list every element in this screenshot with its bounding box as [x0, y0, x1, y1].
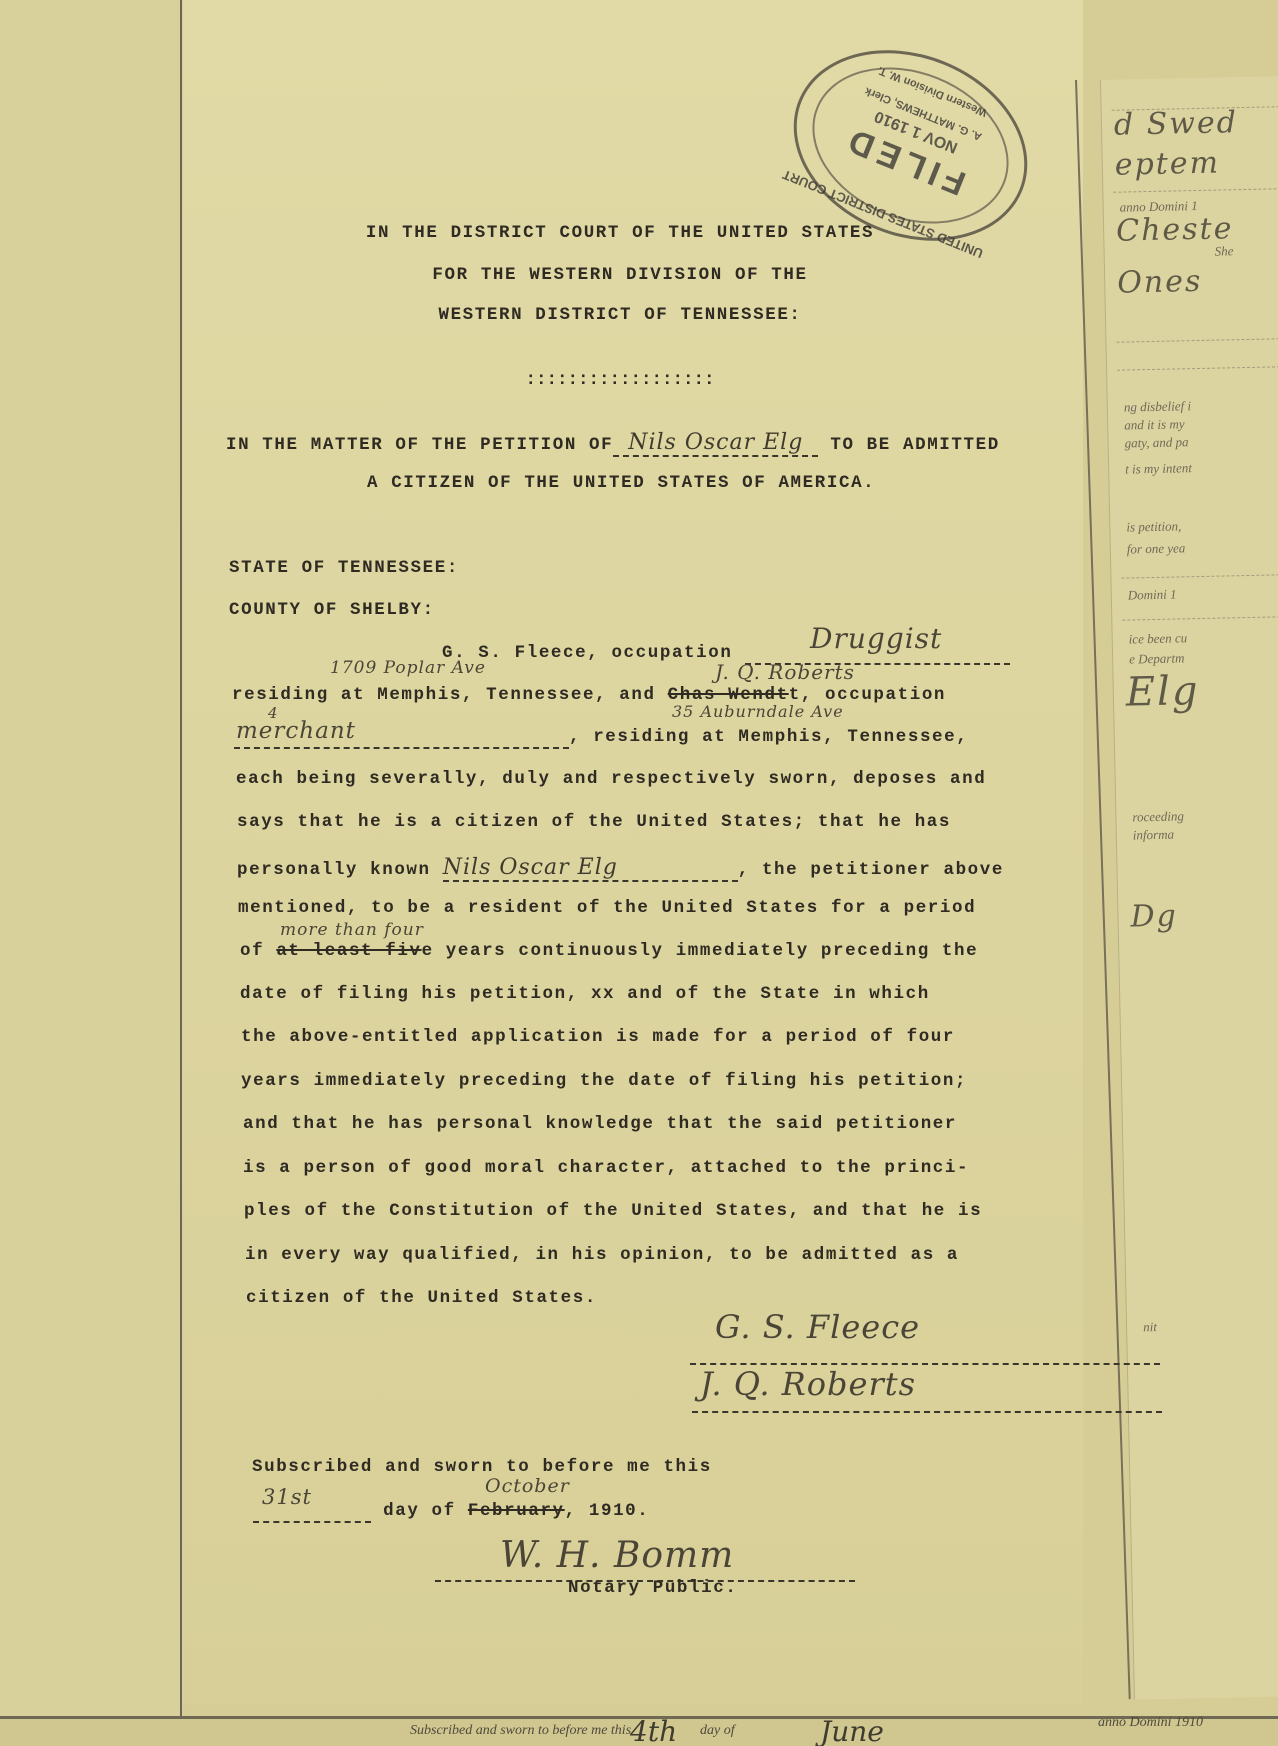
bottom-month-handwritten: June — [820, 1715, 884, 1746]
form-line — [1117, 366, 1278, 371]
right-fragment: gaty, and pa — [1124, 434, 1188, 451]
right-handwriting: Ones — [1117, 264, 1203, 301]
form-line — [1116, 338, 1278, 343]
petitioner-name-handwritten: Nils Oscar Elg — [613, 430, 818, 457]
margin-rule — [180, 0, 182, 1720]
affidavit-line-7: mentioned, to be a resident of the Unite… — [238, 898, 976, 918]
venue-county: COUNTY OF SHELBY: — [229, 600, 435, 620]
right-fragment: nit — [1143, 1319, 1157, 1335]
notary-title: Notary Public. — [568, 1578, 737, 1598]
affidavit-line-16: citizen of the United States. — [246, 1288, 597, 1308]
struck-month: February — [468, 1501, 565, 1521]
witness2-occupation-handwritten: merchant — [236, 718, 356, 744]
form-line — [1113, 188, 1278, 193]
day-of-label: day of — [383, 1501, 456, 1521]
venue-state: STATE OF TENNESSEE: — [229, 558, 459, 578]
right-fragment: informa — [1133, 827, 1174, 844]
affidavit-line-12: and that he has personal knowledge that … — [243, 1114, 957, 1134]
affidavit-line-15: in every way qualified, in his opinion, … — [245, 1245, 959, 1265]
line3-suffix: , residing at Memphis, Tennessee, — [569, 727, 968, 747]
right-fragment: is petition, — [1126, 518, 1181, 535]
affidavit-line-8: of at least five years continuously imme… — [240, 941, 978, 961]
matter-line-2: A CITIZEN OF THE UNITED STATES OF AMERIC… — [367, 473, 875, 493]
right-fragment: and it is my — [1124, 416, 1185, 433]
right-handwriting: eptem — [1114, 146, 1220, 183]
affidavit-line-5: says that he is a citizen of the United … — [237, 812, 951, 832]
separator: :::::::::::::::::: — [300, 370, 940, 390]
witness2-address-handwritten: 35 Auburndale Ave — [672, 702, 844, 721]
heading-line-1: IN THE DISTRICT COURT OF THE UNITED STAT… — [300, 223, 940, 243]
affidavit-line-4: each being severally, duly and respectiv… — [236, 769, 986, 789]
bottom-day-of: day of — [700, 1723, 735, 1739]
witness1-address-handwritten: 1709 Poplar Ave — [330, 658, 486, 678]
jurat-year: , 1910. — [565, 1501, 650, 1521]
right-fragment: t is my intent — [1125, 460, 1192, 477]
line6-suffix: , the petitioner above — [738, 860, 1004, 880]
petitioner-name-handwritten: Nils Oscar Elg — [443, 855, 738, 882]
notary-signature: W. H. Bomm — [500, 1535, 734, 1576]
witness2-signature: J. Q. Roberts — [700, 1365, 916, 1403]
right-handwriting: Elg — [1125, 668, 1200, 716]
right-fragment: ng disbelief i — [1124, 398, 1191, 415]
form-line — [1121, 574, 1278, 579]
right-fragment: ice been cu — [1129, 630, 1188, 647]
affidavit-line-6: personally known Nils Oscar Elg, the pet… — [237, 855, 1004, 882]
right-fragment: e Departm — [1129, 650, 1185, 667]
right-fragment: She — [1214, 243, 1233, 259]
witness1-signature: G. S. Fleece — [715, 1308, 920, 1346]
line8-prefix: of — [240, 941, 264, 961]
affidavit-line-9: date of filing his petition, xx and of t… — [240, 984, 930, 1004]
petition-affidavit-page — [183, 0, 1083, 1705]
struck-at-least-five: at least fiv — [276, 941, 421, 961]
signature-line-2 — [692, 1411, 1162, 1413]
affidavit-line-13: is a person of good moral character, att… — [243, 1158, 969, 1178]
line8-suffix: e years continuously immediately precedi… — [422, 941, 979, 961]
right-fragment: Domini 1 — [1128, 587, 1177, 604]
matter-prefix: IN THE MATTER OF THE PETITION OF — [226, 435, 613, 455]
underlying-page-right: d Swed eptem anno Domini 1 Cheste She On… — [1100, 76, 1278, 1699]
underlying-page-bottom: Subscribed and sworn to before me this 4… — [0, 1716, 1278, 1746]
heading-line-2: FOR THE WESTERN DIVISION OF THE — [300, 265, 940, 285]
witness2-name-handwritten: J. Q. Roberts — [715, 660, 855, 684]
jurat-line-2: day of February, 1910. — [253, 1501, 649, 1523]
affidavit-line-11: years immediately preceding the date of … — [241, 1071, 967, 1091]
right-fragment: roceeding — [1132, 808, 1184, 825]
right-fragment: for one yea — [1127, 540, 1186, 557]
left-margin-paper — [0, 0, 183, 1746]
matter-suffix: TO BE ADMITTED — [830, 435, 999, 455]
right-handwriting: d Swed — [1114, 105, 1239, 143]
heading-line-3: WESTERN DISTRICT OF TENNESSEE: — [300, 305, 940, 325]
line6-prefix: personally known — [237, 860, 431, 880]
witness1-occupation-handwritten: Druggist — [810, 622, 942, 655]
matter-line-1: IN THE MATTER OF THE PETITION OFNils Osc… — [226, 430, 1000, 457]
jurat-line-1: Subscribed and sworn to before me this — [252, 1457, 712, 1477]
insert-more-than-four-handwritten: more than four — [280, 920, 424, 940]
affidavit-line-14: ples of the Constitution of the United S… — [244, 1201, 982, 1221]
bottom-anno-domini: anno Domini 1910 — [1098, 1715, 1203, 1731]
right-handwriting: Dg — [1130, 899, 1178, 935]
bottom-typed-fragment: Subscribed and sworn to before me this — [410, 1723, 631, 1739]
bottom-day-handwritten: 4th — [630, 1715, 677, 1746]
form-line — [1122, 616, 1278, 621]
affidavit-line-10: the above-entitled application is made f… — [241, 1027, 955, 1047]
month-handwritten: October — [485, 1475, 570, 1497]
line2-prefix: residing at Memphis, Tennessee, and — [232, 685, 656, 705]
